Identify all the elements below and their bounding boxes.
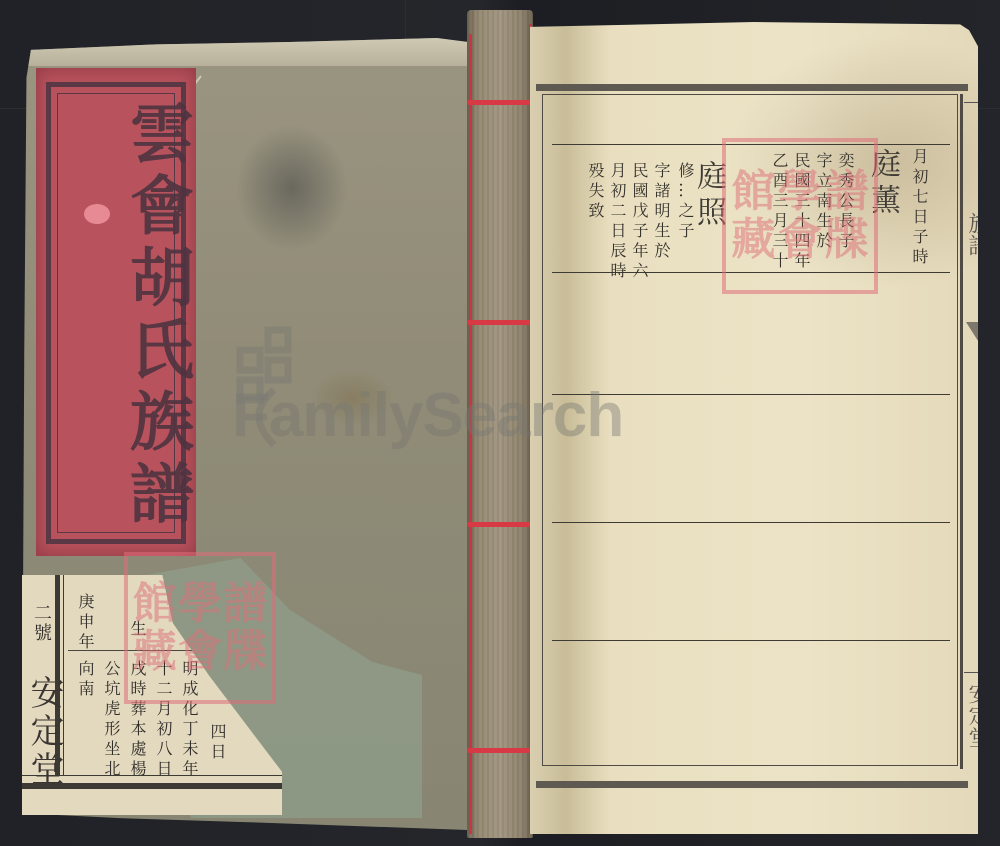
seal-glyph: 學 [778,168,822,216]
seal-glyph: 藏 [731,216,775,264]
seal-glyph: 譜 [825,168,869,216]
entry-prev-column: 月初七日子時 [910,148,928,268]
seal-glyph: 會 [178,628,222,676]
seal-glyph: 館 [133,580,177,628]
binding-thread [467,320,533,325]
row-divider [552,640,950,641]
hall-name: 安定堂 [20,675,69,789]
entry-detail: 字諸明生於 [652,162,670,262]
text-column: 庚申年 [76,593,94,653]
text-column: 向南 [76,660,94,700]
collection-seal-stamp: 館學譜 藏會牒 [124,552,276,704]
seal-glyph: 譜 [223,580,267,628]
seal-glyph: 藏 [133,628,177,676]
entry-detail: 民國戊子年六 [630,162,648,282]
watermark-text: FamilySearch [232,380,623,451]
entry-detail: 修…之子 [676,162,694,242]
entry-name: 庭照 [692,160,724,232]
seal-glyph: 館 [731,168,775,216]
text-column: 公坑虎形坐北 [102,660,120,780]
binding-thread [467,100,533,105]
page-number-label: 二號 [28,603,54,643]
binding-thread [467,748,533,753]
seal-glyph: 學 [178,580,222,628]
seal-glyph: 牒 [825,216,869,264]
seal-glyph: 牒 [223,628,267,676]
row-divider [552,522,950,523]
book-title: 雲會胡氏族譜 [36,100,196,532]
entry-detail: 月初二日辰時 [608,162,626,282]
cover-title-label: 雲會胡氏族譜 [36,68,196,556]
entry-detail: 殁失致 [586,162,604,222]
binding-thread [467,522,533,527]
text-column: 四日 [208,723,226,763]
backdrop-seam [405,0,406,40]
collection-seal-stamp: 館學譜 藏會牒 [722,138,878,294]
page-frame-rule [960,94,963,769]
seal-glyph: 會 [778,216,822,264]
